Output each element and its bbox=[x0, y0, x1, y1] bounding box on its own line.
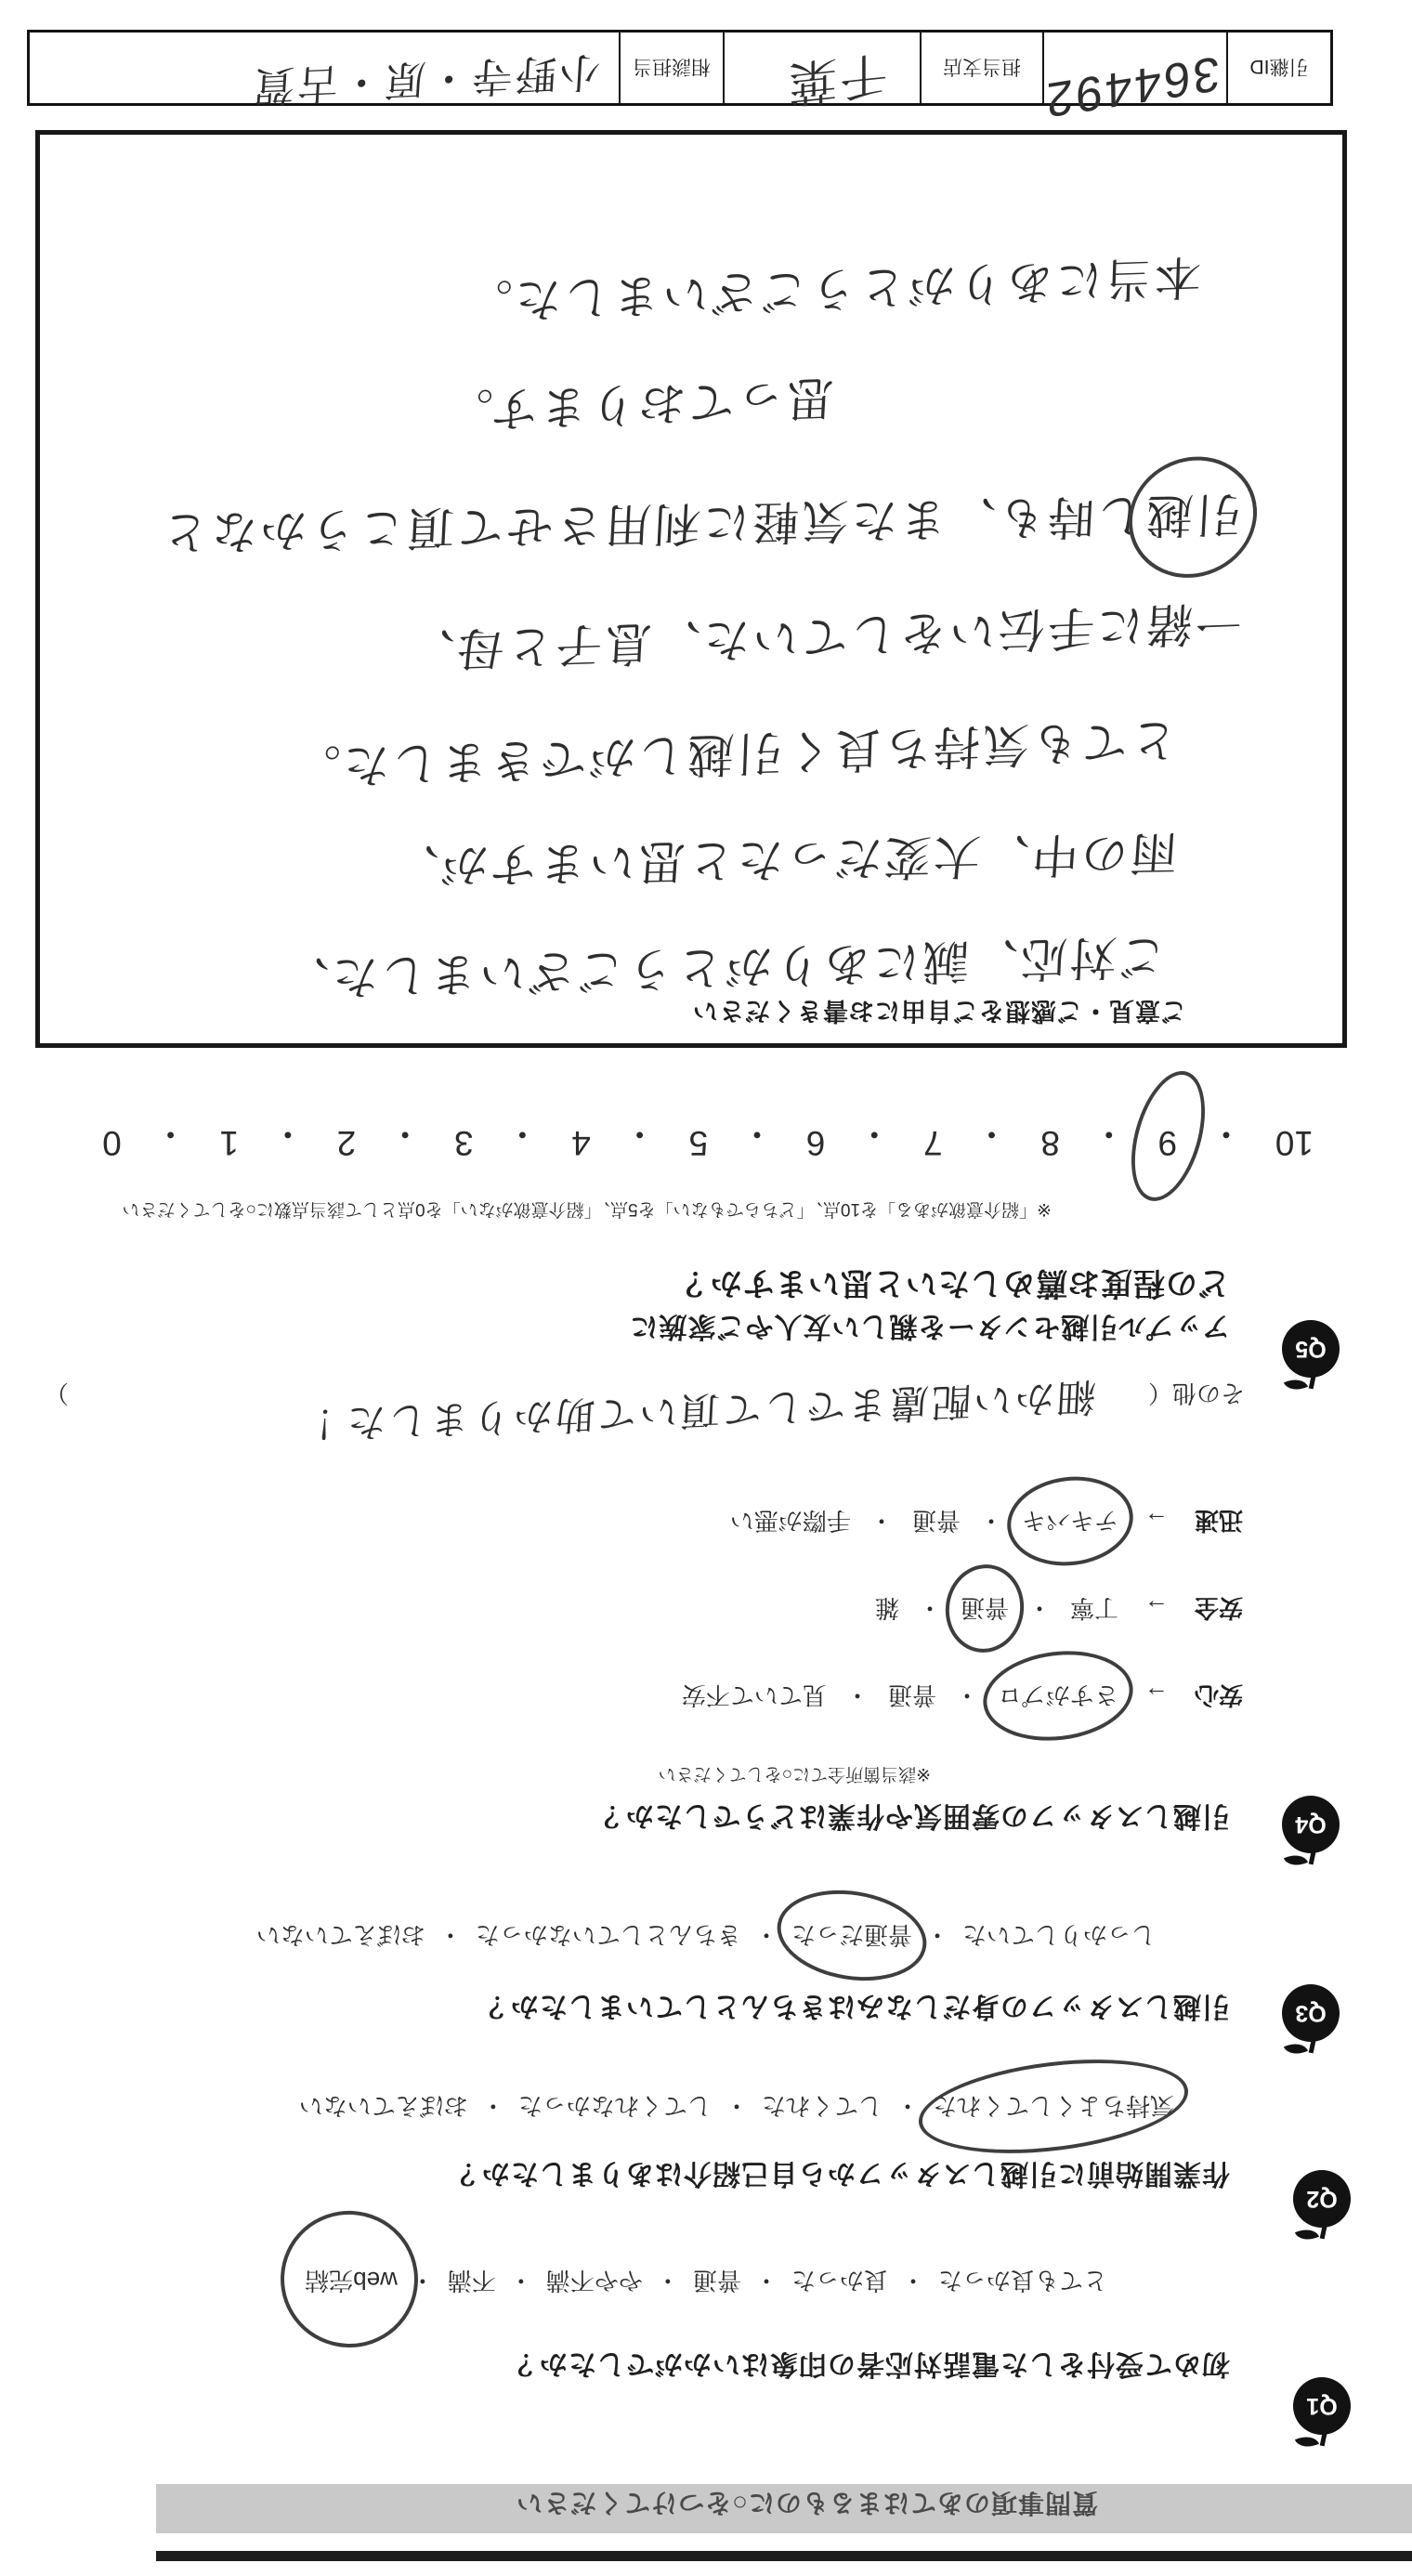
table-value-consultant: 小野寺・原・古賀 bbox=[30, 33, 621, 103]
q4-apple-badge-icon: Q4 bbox=[1282, 1796, 1340, 1853]
nps-value: 7 bbox=[923, 1112, 943, 1162]
nps-value: 4 bbox=[571, 1112, 591, 1162]
option-separator: ・ bbox=[656, 2267, 680, 2295]
q1-option: とても良かった bbox=[938, 2265, 1107, 2299]
q2-apple-badge-icon: Q2 bbox=[1293, 2170, 1351, 2228]
q2-option-selected-pen-circle: 気持ちよくしてくれた bbox=[933, 2090, 1174, 2125]
handwritten-word-pen-circle: 引越 bbox=[1142, 484, 1244, 553]
scale-separator: ・ bbox=[388, 1112, 423, 1162]
q1-option-selected-pen-circle: web完結 bbox=[305, 2265, 398, 2299]
q1-badge-label: Q1 bbox=[1306, 2393, 1337, 2420]
q4-other-close-paren: ） bbox=[45, 1378, 69, 1412]
handwritten-comment-line: とても気持ち良く引越しができました。 bbox=[290, 710, 1178, 804]
q2-badge-label: Q2 bbox=[1306, 2186, 1337, 2213]
nps-value: 0 bbox=[102, 1112, 122, 1162]
q3-question: 引越しスタッフの身だしなみはきちんとしていましたか？ bbox=[481, 1989, 1230, 2030]
arrow-icon: → bbox=[1144, 1507, 1169, 1535]
nps-value: 1 bbox=[219, 1112, 239, 1162]
q4-option: 手際が悪い bbox=[730, 1505, 851, 1539]
nps-value: 5 bbox=[689, 1112, 709, 1162]
handwritten-comment-line: 一緒に手伝いをしていた、息子と母、 bbox=[403, 592, 1243, 688]
table-label-branch: 担当支店 bbox=[922, 33, 1044, 103]
q4-other-handwriting: 細かい配慮までして頂いて助かりました！ bbox=[301, 1371, 1098, 1455]
q4-row-label: 安心 bbox=[1195, 1681, 1243, 1709]
q3-badge-label: Q3 bbox=[1295, 2000, 1326, 2027]
handwritten-consultants: 小野寺・原・古賀 bbox=[249, 46, 602, 121]
q1-option: 不満 bbox=[448, 2265, 496, 2299]
q1-apple-badge-icon: Q1 bbox=[1293, 2377, 1351, 2435]
q4-row-anshin: 安心→さすがプロ・普通・見ていて不安 bbox=[682, 1680, 1243, 1714]
q2-option: してくれなかった bbox=[518, 2090, 712, 2125]
q2-question: 作業開始前に引越しスタッフから自己紹介はありましたか？ bbox=[452, 2156, 1230, 2197]
q4-other-open-paren: その他（ bbox=[1148, 1378, 1245, 1412]
option-separator: ・ bbox=[754, 2267, 778, 2295]
option-separator: ・ bbox=[896, 2092, 920, 2120]
q4-option-selected-pen-circle: テキパキ bbox=[1022, 1505, 1118, 1539]
scale-separator: ・ bbox=[857, 1112, 892, 1162]
scale-separator: ・ bbox=[270, 1112, 305, 1162]
q4-question: 引越しスタッフの雰囲気や作業はどうでしたか？ bbox=[596, 1798, 1230, 1839]
q3-apple-badge-icon: Q3 bbox=[1282, 1984, 1340, 2042]
q2-options: 気持ちよくしてくれた・してくれた・してくれなかった・おぼえていない bbox=[299, 2090, 1174, 2125]
handwritten-comment-line: 雨の中、大変だったと思いますが、 bbox=[387, 823, 1180, 904]
table-value-handover-id: 364492 bbox=[1044, 33, 1228, 103]
scale-separator: ・ bbox=[153, 1112, 188, 1162]
option-separator: ・ bbox=[925, 1921, 949, 1949]
q5-question-line1: アップル引越センターを親しい友人やご家族に bbox=[630, 1309, 1231, 1350]
q4-badge-label: Q4 bbox=[1295, 1811, 1326, 1838]
q5-badge-label: Q5 bbox=[1295, 1336, 1326, 1363]
q2-option: してくれた bbox=[762, 2090, 882, 2125]
q4-option: 雑 bbox=[875, 1592, 899, 1627]
q4-option-selected-pen-circle: 普通 bbox=[961, 1592, 1009, 1627]
table-label-handover-id: 引継ID bbox=[1228, 33, 1330, 103]
q4-note: ※該当箇所全てに○をしてください bbox=[659, 1763, 931, 1788]
scale-separator: ・ bbox=[739, 1112, 774, 1162]
nps-value-selected-pen-circle: 9 bbox=[1158, 1112, 1178, 1162]
q1-options: とても良かった・良かった・普通・やや不満・不満・web完結 bbox=[305, 2265, 1107, 2299]
q1-option: 良かった bbox=[791, 2265, 888, 2299]
handwritten-comment-line: 本当にありがとうございました。 bbox=[462, 246, 1202, 339]
option-separator: ・ bbox=[901, 2267, 925, 2295]
staff-table: 引継ID 364492 担当支店 千葉 相談担当 小野寺・原・古賀 bbox=[27, 30, 1333, 106]
option-separator: ・ bbox=[438, 1921, 463, 1949]
nps-value: 10 bbox=[1275, 1112, 1314, 1162]
handwritten-comment-rest: し時も、また気軽に利用させて頂こうかなと bbox=[158, 490, 1145, 559]
q3-option: きちんとしていなかった bbox=[476, 1919, 741, 1954]
option-separator: ・ bbox=[725, 2092, 749, 2120]
arrow-icon: → bbox=[1144, 1594, 1169, 1622]
nps-scale: 10・9・8・7・6・5・4・3・2・1・0 bbox=[102, 1112, 1314, 1162]
table-label-consultant: 相談担当 bbox=[621, 33, 725, 103]
q1-option: 普通 bbox=[693, 2265, 741, 2299]
option-separator: ・ bbox=[955, 1681, 979, 1709]
option-separator: ・ bbox=[979, 1507, 1003, 1535]
q4-option: 普通 bbox=[888, 1680, 936, 1714]
q3-option: しっかりしていた bbox=[962, 1919, 1156, 1954]
option-separator: ・ bbox=[845, 1681, 869, 1709]
option-separator: ・ bbox=[869, 1507, 894, 1535]
q4-option-selected-pen-circle: さすがプロ bbox=[998, 1680, 1118, 1714]
page-edge-line bbox=[156, 2551, 1412, 2561]
q4-row-anzen: 安全→丁寧・普通・雑 bbox=[875, 1592, 1243, 1627]
q4-option: 丁寧 bbox=[1070, 1592, 1118, 1627]
q5-apple-badge-icon: Q5 bbox=[1282, 1320, 1340, 1378]
q3-options: しっかりしていた・普通だった・きちんとしていなかった・おぼえていない bbox=[256, 1919, 1156, 1954]
scale-separator: ・ bbox=[505, 1112, 540, 1162]
q4-option: 普通 bbox=[912, 1505, 961, 1539]
scanned-survey-page: 質問事項のあてはまるものに○をつけてください Q1 初めて受付をした電話対応者の… bbox=[0, 0, 1412, 2576]
nps-value: 8 bbox=[1040, 1112, 1060, 1162]
scale-separator: ・ bbox=[622, 1112, 657, 1162]
handwritten-branch: 千葉 bbox=[786, 43, 887, 124]
q4-row-label: 迅速 bbox=[1195, 1507, 1243, 1535]
handwritten-id: 364492 bbox=[1043, 45, 1220, 129]
option-separator: ・ bbox=[918, 1594, 942, 1622]
arrow-icon: → bbox=[1144, 1681, 1169, 1709]
handwritten-comment-line: 引越し時も、また気軽に利用させて頂こうかなと bbox=[157, 484, 1244, 569]
q5-note: ※「紹介意欲がある」を10点、「どちらでもない」を5点、「紹介意欲がない」を0点… bbox=[123, 1198, 1052, 1223]
option-separator: ・ bbox=[754, 1921, 778, 1949]
nps-value: 3 bbox=[454, 1112, 474, 1162]
upside-down-scan-wrapper: 質問事項のあてはまるものに○をつけてください Q1 初めて受付をした電話対応者の… bbox=[0, 0, 1412, 2576]
option-separator: ・ bbox=[481, 2092, 505, 2120]
q1-option: やや不満 bbox=[546, 2265, 643, 2299]
q4-option: 見ていて不安 bbox=[682, 1680, 827, 1714]
instruction-bar: 質問事項のあてはまるものに○をつけてください bbox=[156, 2484, 1412, 2533]
q4-row-label: 安全 bbox=[1195, 1594, 1243, 1622]
scale-separator: ・ bbox=[1209, 1112, 1244, 1162]
q2-option: おぼえていない bbox=[299, 2090, 468, 2125]
q4-row-jinsoku: 迅速→テキパキ・普通・手際が悪い bbox=[730, 1505, 1243, 1539]
instruction-text: 質問事項のあてはまるものに○をつけてください bbox=[516, 2486, 1098, 2523]
q1-question: 初めて受付をした電話対応者の印象はいかがでしたか？ bbox=[510, 2347, 1230, 2387]
nps-value: 2 bbox=[337, 1112, 357, 1162]
option-separator: ・ bbox=[509, 2267, 533, 2295]
handwritten-comment-line: 思っております。 bbox=[441, 368, 835, 449]
table-value-branch: 千葉 bbox=[725, 33, 922, 103]
nps-value: 6 bbox=[806, 1112, 826, 1162]
q3-option-selected-pen-circle: 普通だった bbox=[791, 1919, 912, 1954]
q3-option: おぼえていない bbox=[256, 1919, 425, 1954]
scale-separator: ・ bbox=[1092, 1112, 1126, 1162]
comment-box: ご意見・ご感想をご自由にお書きください ご対応、誠にありがとうございました、 雨… bbox=[35, 130, 1347, 1048]
q5-question-line2: どの程度お薦めしたいと思いますか？ bbox=[677, 1263, 1230, 1309]
scale-separator: ・ bbox=[974, 1112, 1009, 1162]
option-separator: ・ bbox=[1027, 1594, 1052, 1622]
